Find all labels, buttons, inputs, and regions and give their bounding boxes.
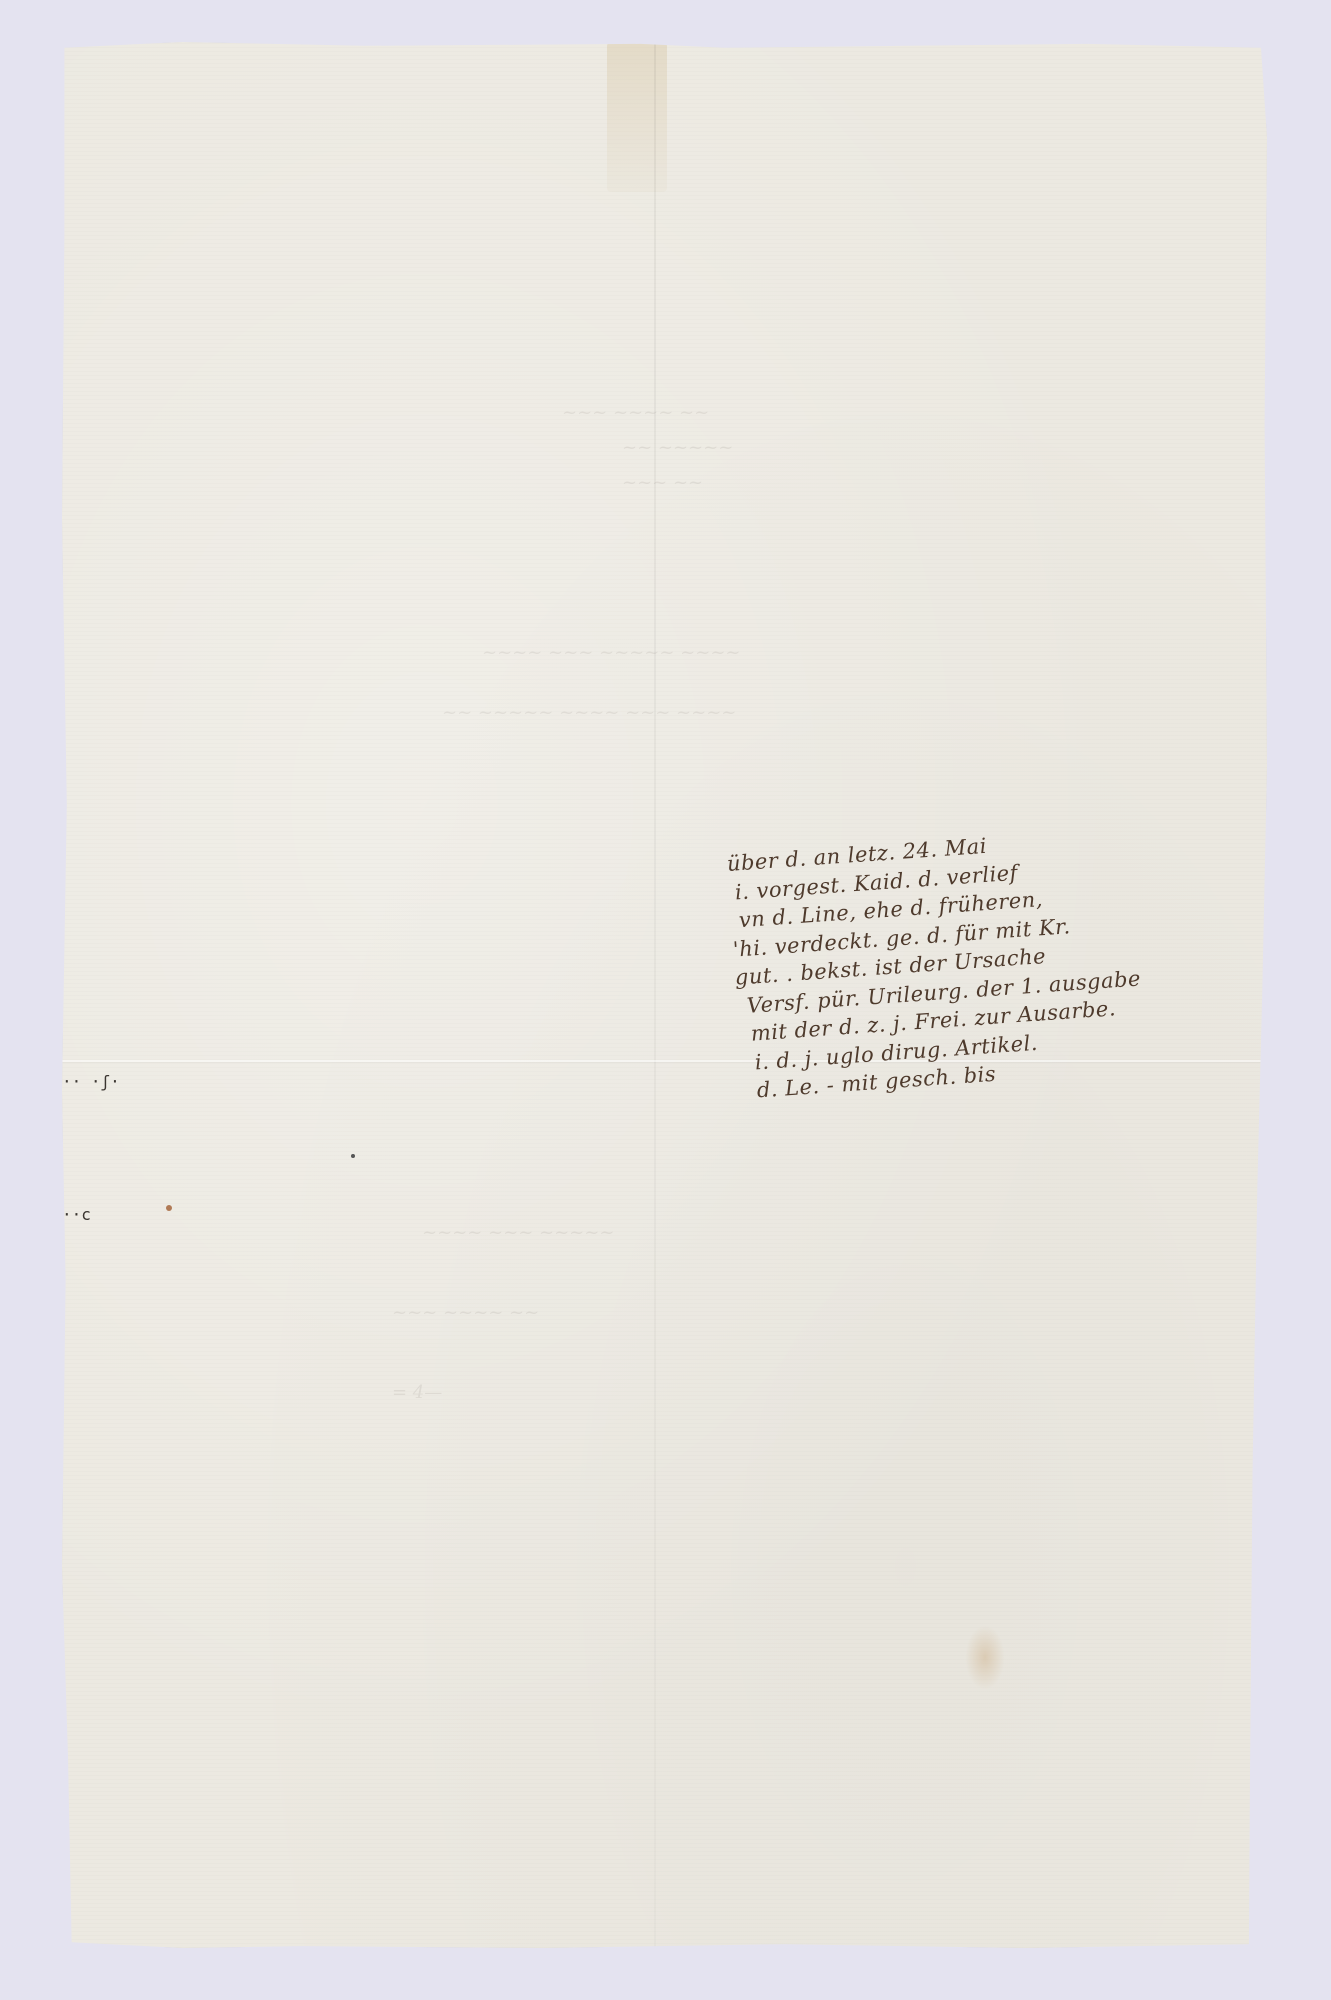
rust-speck <box>166 1205 172 1211</box>
edge-ink-marks: ··c <box>62 1205 91 1224</box>
bleed-through-text: ~~~ ~~~~ ~~ <box>392 1302 539 1323</box>
shorthand-notes: über d. an letz. 24. Mai i. vorgest. Kai… <box>726 817 1213 1106</box>
bleed-through-text: ~~~~ ~~~ ~~~~~ ~~~~ <box>482 642 740 663</box>
manuscript-page: ~~~ ~~~~ ~~ ~~ ~~~~~ ~~~ ~~ ~~~~ ~~~ ~~~… <box>62 42 1267 1948</box>
paper-stain-top <box>607 42 667 192</box>
bleed-through-text: ~~ ~~~~~ <box>622 437 733 458</box>
ink-speck <box>351 1154 355 1158</box>
bleed-through-text: = 4— <box>392 1382 442 1403</box>
bleed-through-text: ~~~ ~~~~ ~~ <box>562 402 709 423</box>
bleed-through-text: ~~~~ ~~~ ~~~~~ <box>422 1222 614 1243</box>
bleed-through-text: ~~ ~~~~~ ~~~~ ~~~ ~~~~ <box>442 702 736 723</box>
bleed-through-text: ~~~ ~~ <box>622 472 703 493</box>
edge-ink-marks: ·· ·ʃ· <box>62 1072 120 1091</box>
paper-stain-bottom <box>965 1625 1005 1690</box>
vertical-fold-line <box>654 42 656 1948</box>
